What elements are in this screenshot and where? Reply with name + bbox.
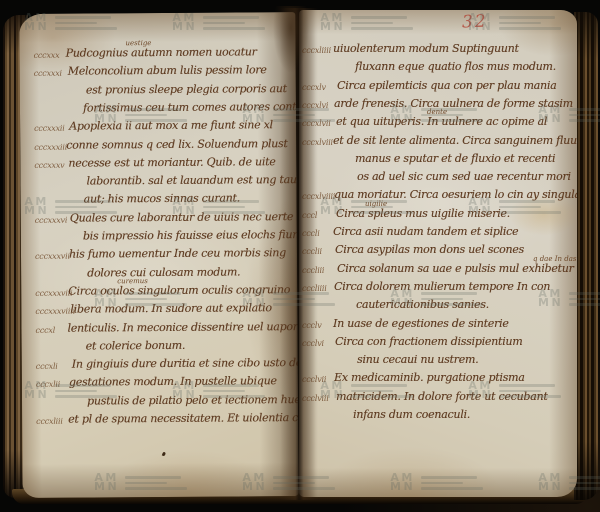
manuscript-text: et de sit lente alimenta. Circa sanguine… <box>333 135 577 147</box>
manuscript-text: arde frenesis. Circa uulnera de forme st… <box>334 98 573 110</box>
manuscript-line: os ad uel sic cum sed uae recentur mori <box>299 171 577 189</box>
manuscript-text: laborantib. sal et lauandum est ung tau … <box>86 174 298 188</box>
chapter-numeral: cccli <box>302 229 320 238</box>
chapter-numeral: cccxxxiii <box>34 142 67 151</box>
right-page: cccxliiiiuiuolenterum modum Suptinguuntf… <box>299 10 577 497</box>
manuscript-text: manus e sputar et de fluxio et recenti <box>355 153 555 165</box>
chapter-numeral: ccclv <box>302 321 322 330</box>
manuscript-text: matricidem. In dolore forte ut cecubant <box>336 391 548 403</box>
chapter-numeral: cccxliii <box>36 417 63 426</box>
manuscript-text: infans dum coenaculi. <box>353 409 470 421</box>
chapter-numeral: cccxxxviii <box>35 288 72 297</box>
manuscript-text: conne somnus q ced lix. Soluendum plust <box>66 138 287 152</box>
manuscript-text: lenticulis. In meconice dissentire uel u… <box>67 321 297 335</box>
manuscript-line: ccclviiimatricidem. In dolore forte ut c… <box>299 391 577 409</box>
manuscript-line: cautericationibus sanies. <box>299 299 577 317</box>
chapter-numeral: cccxlv <box>302 83 326 92</box>
interlinear-gloss: dente <box>427 109 447 116</box>
manuscript-text: In gingiuis dure duritia et sine cibo us… <box>72 357 299 371</box>
manuscript-line: cccxlvCirca epilemticis qua con per plau… <box>299 80 577 98</box>
manuscript-text: In uase de egestiones de sinterie <box>333 318 509 330</box>
manuscript-text: his fumo uementur Inde ceu morbis sing <box>69 247 286 261</box>
manuscript-text: est pronius sleepe plegia corporis aut <box>86 83 287 96</box>
chapter-numeral: cccliiii <box>302 284 327 293</box>
manuscript-line: cccxxxiiApoplexia ii aut mox a me fiunt … <box>20 119 296 139</box>
chapter-numeral: cccxxxvii <box>35 252 70 261</box>
manuscript-text: sinu cecaui nu ustrem. <box>357 354 478 366</box>
manuscript-line: cccxxxviiiilibera modum. In sudore aut e… <box>21 302 297 322</box>
manuscript-text: Ex medicaminib. purgatione ptisma <box>334 372 525 384</box>
chapter-numeral: cccliii <box>302 266 324 275</box>
manuscript-line: ccclCirca spleus mus uigilie miserie.uig… <box>299 208 577 226</box>
interlinear-gloss: curemus <box>117 278 148 285</box>
interlinear-gloss: uigilie <box>365 201 387 208</box>
manuscript-text: aut; his mucos sinnas curant. <box>84 193 240 206</box>
manuscript-line: cccxllenticulis. In meconice dissentire … <box>21 321 297 341</box>
manuscript-text: cautericationibus sanies. <box>356 299 489 311</box>
manuscript-text: bis impressio his fauisse eius elochs fi… <box>83 229 299 243</box>
chapter-numeral: ccclvii <box>302 375 326 384</box>
interlinear-gloss: q dae In das <box>533 256 576 263</box>
manuscript-photo: cccxxxPudcognius autumn nomen uocaturues… <box>0 0 600 512</box>
manuscript-text: Circa epilemticis qua con per plau mania <box>337 80 556 92</box>
manuscript-text: Melconcolium abum lulis pessim lore <box>68 65 267 78</box>
manuscript-line: sinu cecaui nu ustrem. <box>299 354 577 372</box>
manuscript-text: dolores cui culosam modum. <box>87 266 240 279</box>
manuscript-text: et colerice bonum. <box>86 340 186 353</box>
interlinear-gloss: uestige <box>125 40 151 47</box>
manuscript-text: et qua uituperis. In uulnere ac opime al <box>336 116 547 128</box>
manuscript-line: cccxxxiMelconcolium abum lulis pessim lo… <box>20 64 296 84</box>
manuscript-line: cccxlviiiiqua moriatur. Circa oesuriem l… <box>299 189 577 207</box>
manuscript-line: fluxann eque quatio flos mus modum. <box>299 61 577 79</box>
manuscript-text: os ad uel sic cum sed uae recentur mori <box>357 171 571 183</box>
chapter-numeral: cccxxxv <box>34 160 64 169</box>
manuscript-line: cccliCirca asii nudam tandem et siplice <box>299 226 577 244</box>
chapter-numeral: cccxxx <box>34 51 60 60</box>
manuscript-text: Circa asii nudam tandem et siplice <box>333 226 518 238</box>
chapter-numeral: cccl <box>302 211 317 220</box>
manuscript-text: gestationes modum. In pustelle ubique <box>69 376 277 389</box>
manuscript-text: pustulis de pilatio pelo et iectionem hu… <box>87 394 299 407</box>
chapter-numeral: cccxxxi <box>34 69 62 78</box>
manuscript-text: Circa asypilas mon dons uel scones <box>335 244 524 256</box>
folio-number: 32 <box>462 13 488 32</box>
chapter-numeral: cccxxxvi <box>35 215 68 224</box>
chapter-numeral: cccxliiii <box>302 46 331 55</box>
manuscript-text: fortissimus ceu tum comes autores contin… <box>83 101 299 115</box>
manuscript-text: Circa oculos singulorum oculis congruino <box>68 284 290 298</box>
manuscript-text: Apoplexia ii aut mox a me fiunt sine xl <box>69 119 273 132</box>
manuscript-line: cccliiiCirca solanum sa uae e pulsis mul… <box>299 263 577 281</box>
chapter-numeral: ccclii <box>302 247 322 256</box>
chapter-numeral: cccxli <box>36 362 58 371</box>
manuscript-text: Quales cure laborantur de uiuis nec uert… <box>70 211 294 225</box>
manuscript-text: uiuolenterum modum Suptinguunt <box>333 43 519 55</box>
manuscript-line: cccxlviiiet de sit lente alimenta. Circa… <box>299 135 577 153</box>
manuscript-line: ccclviiEx medicaminib. purgatione ptisma <box>299 372 577 390</box>
manuscript-line: laborantib. sal et lauandum est ung tau … <box>20 174 296 194</box>
manuscript-text: libera modum. In sudore aut expilatio <box>70 302 271 315</box>
chapter-numeral: cccxlvi <box>302 101 328 110</box>
manuscript-line: ccclviCirca con fractionem dissipientium <box>299 336 577 354</box>
manuscript-line: cccxlviiet qua uituperis. In uulnere ac … <box>299 116 577 134</box>
manuscript-line: manus e sputar et de fluxio et recenti <box>299 153 577 171</box>
chapter-numeral: cccxxxviiii <box>35 307 75 316</box>
chapter-numeral: ccclviii <box>302 394 329 403</box>
chapter-numeral: cccxlvii <box>302 119 331 128</box>
manuscript-line: cccliiiiCirca dolorem mulierum tempore I… <box>299 281 577 299</box>
manuscript-line: cccxliiiiuiuolenterum modum Suptinguunt <box>299 43 577 61</box>
manuscript-text: necesse est ut moriantur. Quib. de uite <box>68 156 275 169</box>
manuscript-line: infans dum coenaculi. <box>299 409 577 427</box>
left-page: cccxxxPudcognius autumn nomen uocaturues… <box>19 12 298 498</box>
chapter-numeral: cccxlii <box>36 380 60 389</box>
ink-fleck <box>162 452 166 457</box>
manuscript-text: Circa dolorem mulierum tempore In con <box>334 281 550 293</box>
manuscript-text: et pl de spuma necessitatem. Et uiolenti… <box>68 412 299 426</box>
chapter-numeral: cccxl <box>35 325 55 334</box>
manuscript-text: fluxann eque quatio flos mus modum. <box>355 61 556 73</box>
manuscript-text: Circa solanum sa uae e pulsis mul exhibe… <box>337 263 574 275</box>
chapter-numeral: ccclvi <box>302 339 324 348</box>
chapter-numeral: cccxlviii <box>302 138 333 147</box>
manuscript-text: Circa spleus mus uigilie miserie. <box>336 208 510 220</box>
manuscript-text: Circa con fractionem dissipientium <box>335 336 522 348</box>
manuscript-line: cccxxxviihis fumo uementur Inde ceu morb… <box>21 247 297 267</box>
manuscript-line: ccclvIn uase de egestiones de sinterie <box>299 318 577 336</box>
book-right-page-block-edge <box>574 12 598 500</box>
chapter-numeral: cccxxxii <box>34 124 65 133</box>
chapter-numeral: cccxlviiii <box>302 192 335 201</box>
manuscript-line: cccxliiiet pl de spuma necessitatem. Et … <box>22 412 298 432</box>
manuscript-text: Pudcognius autumn nomen uocatur <box>66 46 257 59</box>
